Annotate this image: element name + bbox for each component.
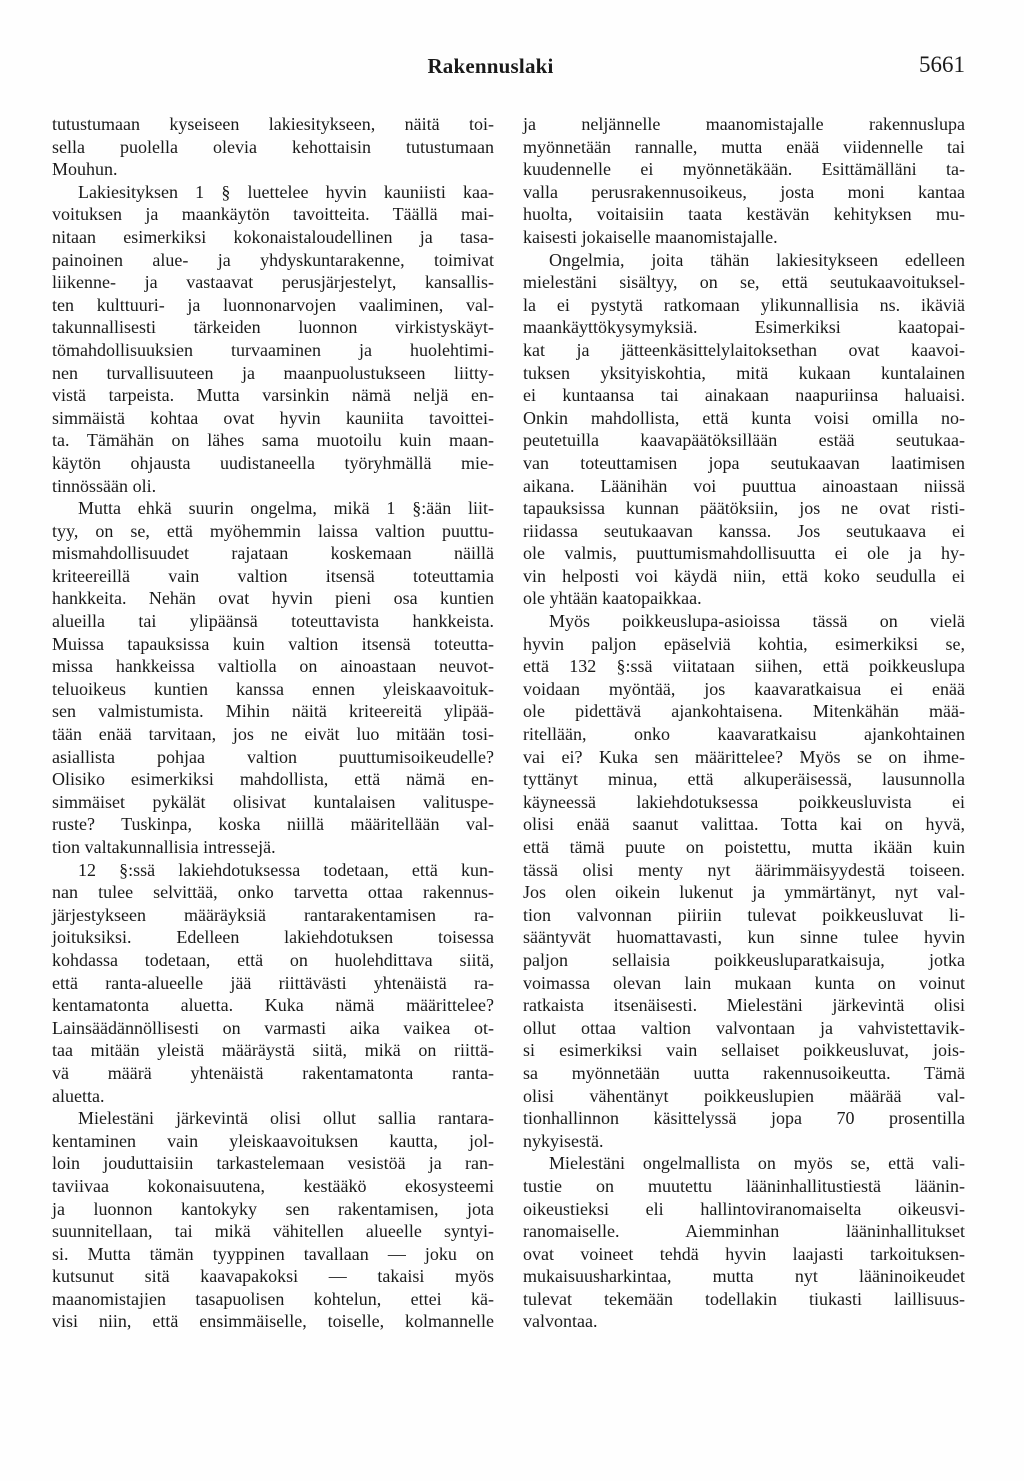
text-line: tionhallinnon käsittelyssä jopa 70 prose… xyxy=(523,1107,965,1130)
text-line: ta. Tämähän on lähes sama muotoilu kuin … xyxy=(52,429,494,452)
text-line: simmäistä kohtaa ovat hyvin kauniita tav… xyxy=(52,407,494,430)
text-line: tion valtakunnallisia intressejä. xyxy=(52,836,494,859)
document-page: Rakennuslaki 5661 tutustumaan kyseiseen … xyxy=(0,0,1024,1481)
text-line: tyy, on se, että myöhemmin laissa valtio… xyxy=(52,520,494,543)
text-line: valla perusrakennusoikeus, josta moni ka… xyxy=(523,181,965,204)
text-line: la ei pystytä ratkomaan ylikunnallisia n… xyxy=(523,294,965,317)
text-line: Onkin mahdollista, että kunta voisi omil… xyxy=(523,407,965,430)
paragraph: 12 §:ssä lakiehdotuksessa todetaan, että… xyxy=(52,859,494,1108)
text-line: nan tulee selvittää, onko tarvetta ottaa… xyxy=(52,881,494,904)
text-line: kaisesti jokaiselle maanomistajalle. xyxy=(523,226,965,249)
text-line: järjestykseen määräyksiä rantarakentamis… xyxy=(52,904,494,927)
text-line: ruste? Tuskinpa, koska niillä määritellä… xyxy=(52,813,494,836)
text-line: loin jouduttaisiin tarkastelemaan vesist… xyxy=(52,1152,494,1175)
text-line: nykyisestä. xyxy=(523,1130,965,1153)
text-line: mismahdollisuudet rajataan koskemaan näi… xyxy=(52,542,494,565)
text-line: myönnetään rannalle, mutta enää viidenne… xyxy=(523,136,965,159)
text-line: olisi enää saanut valittaa. Totta kai on… xyxy=(523,813,965,836)
text-line: mukaisuusharkintaa, mutta nyt lääninoike… xyxy=(523,1265,965,1288)
text-line: Ongelmia, joita tähän lakiesitykseen ede… xyxy=(523,249,965,272)
text-line: voimassa olevan lain mukaan kunta on voi… xyxy=(523,972,965,995)
text-line: aikana. Läänihän voi puuttua ainoastaan … xyxy=(523,475,965,498)
text-line: riidassa seutukaavan kanssa. Jos seutuka… xyxy=(523,520,965,543)
text-line: nitaan esimerkiksi kokonaistaloudellinen… xyxy=(52,226,494,249)
paragraph: Mielestäni ongelmallista on myös se, ett… xyxy=(523,1152,965,1333)
text-line: kentamatonta aluetta. Kuka nämä määritte… xyxy=(52,994,494,1017)
text-line: käyneessä lakiehdotuksessa poikkeusluvis… xyxy=(523,791,965,814)
column-right: ja neljännelle maanomistajalle rakennusl… xyxy=(523,113,965,1333)
text-line: voituksen ja maankäytön tavoitteita. Tää… xyxy=(52,203,494,226)
text-line: Lakiesityksen 1 § luettelee hyvin kaunii… xyxy=(52,181,494,204)
text-line: aluetta. xyxy=(52,1085,494,1108)
text-line: kuudennelle ei myönnetäkään. Esittämällä… xyxy=(523,158,965,181)
text-line: tinnössään oli. xyxy=(52,475,494,498)
text-line: tion valvonnan piiriin tulevat poikkeusl… xyxy=(523,904,965,927)
paragraph: Ongelmia, joita tähän lakiesitykseen ede… xyxy=(523,249,965,611)
text-line: tutustumaan kyseiseen lakiesitykseen, nä… xyxy=(52,113,494,136)
page-header: Rakennuslaki 5661 xyxy=(52,52,965,82)
text-line: peutetuilla kaavapäätöksillään estää seu… xyxy=(523,429,965,452)
text-line: takunnallisesti tärkeiden luonnon virkis… xyxy=(52,316,494,339)
text-line: paljon sellaisia poikkeusluparatkaisuja,… xyxy=(523,949,965,972)
text-line: sella puolella olevia kehottaisin tutust… xyxy=(52,136,494,159)
text-line: että ranta-alueelle jää riittävästi yhte… xyxy=(52,972,494,995)
text-line: ritellään, onko kaavaratkaisu ajankohtai… xyxy=(523,723,965,746)
text-line: suunnitellaan, tai mikä vähitellen aluee… xyxy=(52,1220,494,1243)
page-title: Rakennuslaki xyxy=(52,54,929,79)
text-line: Lainsäädännöllisesti on varmasti aika va… xyxy=(52,1017,494,1040)
text-line: ole pidettävä ajankohtaisena. Mitenkähän… xyxy=(523,700,965,723)
text-line: painoinen alue- ja yhdyskuntarakenne, to… xyxy=(52,249,494,272)
text-line: ja luonnon kantokyky sen rakentamisen, j… xyxy=(52,1198,494,1221)
text-line: olisi vähentänyt poikkeuslupien määrää v… xyxy=(523,1085,965,1108)
text-line: ja neljännelle maanomistajalle rakennusl… xyxy=(523,113,965,136)
text-line: voidaan myöntää, jos kaavaratkaisua ei e… xyxy=(523,678,965,701)
text-line: vistä tarpeista. Mutta varsinkin nämä ne… xyxy=(52,384,494,407)
paragraph: Mielestäni järkevintä olisi ollut sallia… xyxy=(52,1107,494,1333)
text-line: valvontaa. xyxy=(523,1310,965,1333)
text-line: tuksen yksityiskohtia, mitä kukaan kunta… xyxy=(523,362,965,385)
text-line: ten kulttuuri- ja luonnonarvojen vaalimi… xyxy=(52,294,494,317)
text-line: simmäiset pykälät olisivat kuntalaisen v… xyxy=(52,791,494,814)
text-line: sen valmistumista. Mihin näitä kriteerei… xyxy=(52,700,494,723)
text-line: maankäyttökysymyksiä. Esimerkiksi kaatop… xyxy=(523,316,965,339)
text-line: ei kuntaansa tai ainakaan naapuriinsa ha… xyxy=(523,384,965,407)
text-line: visi niin, että ensimmäiselle, toiselle,… xyxy=(52,1310,494,1333)
text-line: sa myönnetään uutta rakennusoikeutta. Tä… xyxy=(523,1062,965,1085)
text-line: Mielestäni järkevintä olisi ollut sallia… xyxy=(52,1107,494,1130)
text-line: kat ja jätteenkäsittelylaitoksethan ovat… xyxy=(523,339,965,362)
text-line: van toteuttamisen jopa seutukaavan laati… xyxy=(523,452,965,475)
text-line: tässä olisi menty nyt äärimmäisyydestä t… xyxy=(523,859,965,882)
paragraph: Lakiesityksen 1 § luettelee hyvin kaunii… xyxy=(52,181,494,497)
paragraph: ja neljännelle maanomistajalle rakennusl… xyxy=(523,113,965,249)
text-line: si esimerkiksi vain sellaiset poikkeuslu… xyxy=(523,1039,965,1062)
text-line: ratkaista itsenäisesti. Mielestäni järke… xyxy=(523,994,965,1017)
text-line: oikeustieksi eli hallintoviranomaiselta … xyxy=(523,1198,965,1221)
text-line: Mouhun. xyxy=(52,158,494,181)
text-line: että 132 §:ssä viitataan siihen, että po… xyxy=(523,655,965,678)
text-line: hyvin paljon epäselviä kohtia, esimerkik… xyxy=(523,633,965,656)
text-line: käytön ohjausta uudistaneella työryhmäll… xyxy=(52,452,494,475)
text-line: tään enää tarvitaan, jos ne eivät luo mi… xyxy=(52,723,494,746)
text-line: nen turvallisuuteen ja maanpuolustukseen… xyxy=(52,362,494,385)
text-line: maanomistajien tasapuolisen kohtelun, et… xyxy=(52,1288,494,1311)
text-line: sääntyvät huomattavasti, kun sinne tulee… xyxy=(523,926,965,949)
text-line: mielestäni sisältyy, on se, että seutuka… xyxy=(523,271,965,294)
text-line: Muissa tapauksissa kuin valtion itsensä … xyxy=(52,633,494,656)
text-line: tustie on muutettu lääninhallitustiestä … xyxy=(523,1175,965,1198)
text-line: tulevat tekemään todellakin tiukasti lai… xyxy=(523,1288,965,1311)
text-line: taviivaa kokonaisuutena, kestääkö ekosys… xyxy=(52,1175,494,1198)
paragraph: Mutta ehkä suurin ongelma, mikä 1 §:ään … xyxy=(52,497,494,859)
page-number: 5661 xyxy=(919,52,965,78)
text-line: asiallista pohjaa valtion puuttumisoikeu… xyxy=(52,746,494,769)
text-line: ole valmis, puuttumismahdollisuutta ei o… xyxy=(523,542,965,565)
text-line: ovat voineet tehdä hyvin laajasti tarkoi… xyxy=(523,1243,965,1266)
paragraph: tutustumaan kyseiseen lakiesitykseen, nä… xyxy=(52,113,494,181)
text-line: missa hankkeissa valtiolla on ainoastaan… xyxy=(52,655,494,678)
text-line: alueilla tai ylipäänsä toteuttavista han… xyxy=(52,610,494,633)
text-line: hankkeita. Nehän ovat hyvin pieni osa ku… xyxy=(52,587,494,610)
paragraph: Myös poikkeuslupa-asioissa tässä on viel… xyxy=(523,610,965,1152)
text-line: Jos olen oikein lukenut ja ymmärtänyt, n… xyxy=(523,881,965,904)
text-line: tyttänyt minua, että alkuperäisessä, lau… xyxy=(523,768,965,791)
text-line: teluoikeus kuntien kanssa ennen yleiskaa… xyxy=(52,678,494,701)
text-line: taa mitään yleistä määräystä siitä, mikä… xyxy=(52,1039,494,1062)
column-left: tutustumaan kyseiseen lakiesitykseen, nä… xyxy=(52,113,494,1333)
text-line: tömahdollisuuksien turvaaminen ja huoleh… xyxy=(52,339,494,362)
text-line: kriteereillä vain valtion itsensä toteut… xyxy=(52,565,494,588)
text-line: 12 §:ssä lakiehdotuksessa todetaan, että… xyxy=(52,859,494,882)
text-line: Mielestäni ongelmallista on myös se, ett… xyxy=(523,1152,965,1175)
text-line: Olisiko esimerkiksi mahdollista, että nä… xyxy=(52,768,494,791)
text-columns: tutustumaan kyseiseen lakiesitykseen, nä… xyxy=(52,113,965,1333)
text-line: vin helposti voi käydä niin, että koko s… xyxy=(523,565,965,588)
text-line: kentaminen vain yleiskaavoituksen kautta… xyxy=(52,1130,494,1153)
text-line: huolta, voitaisiin taata kestävän kehity… xyxy=(523,203,965,226)
text-line: liikenne- ja vastaavat perusjärjestelyt,… xyxy=(52,271,494,294)
text-line: joituksiksi. Edelleen lakiehdotuksen toi… xyxy=(52,926,494,949)
text-line: tapauksissa kunnan päätöksiin, jos ne ov… xyxy=(523,497,965,520)
text-line: vä määrä yhtenäistä rakentamatonta ranta… xyxy=(52,1062,494,1085)
text-line: si. Mutta tämän tyyppinen tavallaan — jo… xyxy=(52,1243,494,1266)
text-line: ole yhtään kaatopaikkaa. xyxy=(523,587,965,610)
text-line: Mutta ehkä suurin ongelma, mikä 1 §:ään … xyxy=(52,497,494,520)
text-line: ranomaiselle. Aiemminhan lääninhallituks… xyxy=(523,1220,965,1243)
text-line: vai ei? Kuka sen määrittelee? Myös se on… xyxy=(523,746,965,769)
text-line: kutsunut sitä kaavapakoksi — takaisi myö… xyxy=(52,1265,494,1288)
text-line: että tämä puute on poistettu, mutta ikää… xyxy=(523,836,965,859)
text-line: kohdassa todetaan, että on huolehdittava… xyxy=(52,949,494,972)
text-line: Myös poikkeuslupa-asioissa tässä on viel… xyxy=(523,610,965,633)
text-line: ollut ottaa valtion valvontaan ja vahvis… xyxy=(523,1017,965,1040)
